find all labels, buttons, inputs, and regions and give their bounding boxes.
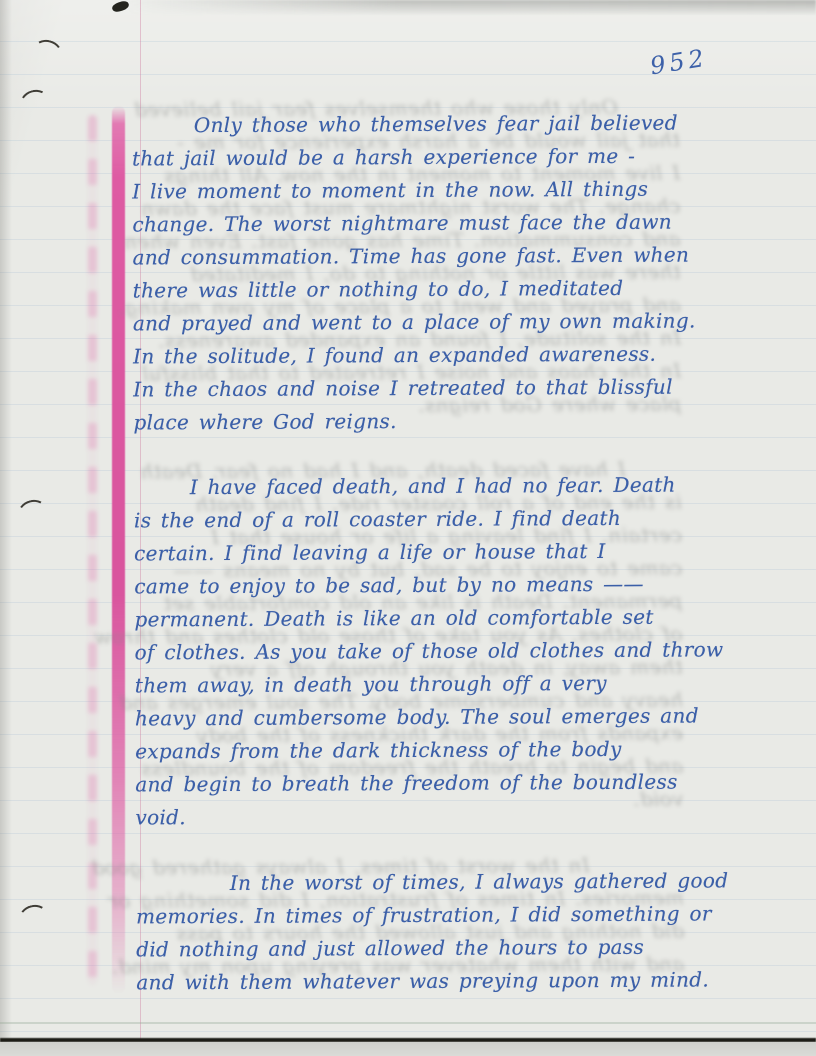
- handwritten-line: In the chaos and noise I retreated to th…: [133, 370, 739, 406]
- handwritten-line: did nothing and just allowed the hours t…: [136, 930, 742, 966]
- handwritten-line: expands from the dark thickness of the b…: [135, 732, 741, 768]
- handwritten-line: Only those who themselves fear jail beli…: [132, 106, 738, 142]
- handwritten-line: and prayed and went to a place of my own…: [133, 304, 739, 340]
- handwritten-line: is the end of a roll coaster ride. I fin…: [134, 501, 740, 537]
- handwritten-line: I live moment to moment in the now. All …: [132, 172, 738, 208]
- scanned-document-page: 952 Only those who themselves fear jail …: [0, 0, 816, 1056]
- handwritten-line: In the solitude, I found an expanded awa…: [133, 337, 739, 373]
- paragraph: I have faced death, and I had no fear. D…: [134, 468, 742, 834]
- handwritten-line: In the worst of times, I always gathered…: [136, 864, 742, 900]
- paper-crease-line: [0, 1022, 816, 1024]
- handwritten-line: memories. In times of frustration, I did…: [136, 897, 742, 933]
- handwriting-layer: Only those who themselves fear jail beli…: [0, 0, 816, 1056]
- handwritten-line: I have faced death, and I had no fear. D…: [134, 468, 740, 504]
- paragraph: In the worst of times, I always gathered…: [136, 864, 743, 999]
- handwritten-line: change. The worst nightmare must face th…: [132, 205, 738, 241]
- handwritten-line: and consummation. Time has gone fast. Ev…: [132, 238, 738, 274]
- handwritten-line: heavy and cumbersome body. The soul emer…: [135, 699, 741, 735]
- handwritten-line: certain. I find leaving a life or house …: [134, 534, 740, 570]
- handwritten-line: them away, in death you through off a ve…: [135, 666, 741, 702]
- scanner-background: [0, 1042, 816, 1056]
- handwritten-line: and with them whatever was preying upon …: [136, 963, 742, 999]
- handwritten-line: and begin to breath the freedom of the b…: [135, 765, 741, 801]
- handwritten-line: void.: [135, 798, 741, 834]
- paragraph: Only those who themselves fear jail beli…: [132, 106, 740, 439]
- handwritten-line: place where God reigns.: [133, 403, 739, 439]
- handwritten-line: that jail would be a harsh experience fo…: [132, 139, 738, 175]
- handwritten-line: permanent. Death is like an old comforta…: [134, 600, 740, 636]
- handwritten-line: of clothes. As you take of those old clo…: [135, 633, 741, 669]
- handwritten-line: there was little or nothing to do, I med…: [133, 271, 739, 307]
- handwritten-line: came to enjoy to be sad, but by no means…: [134, 567, 740, 603]
